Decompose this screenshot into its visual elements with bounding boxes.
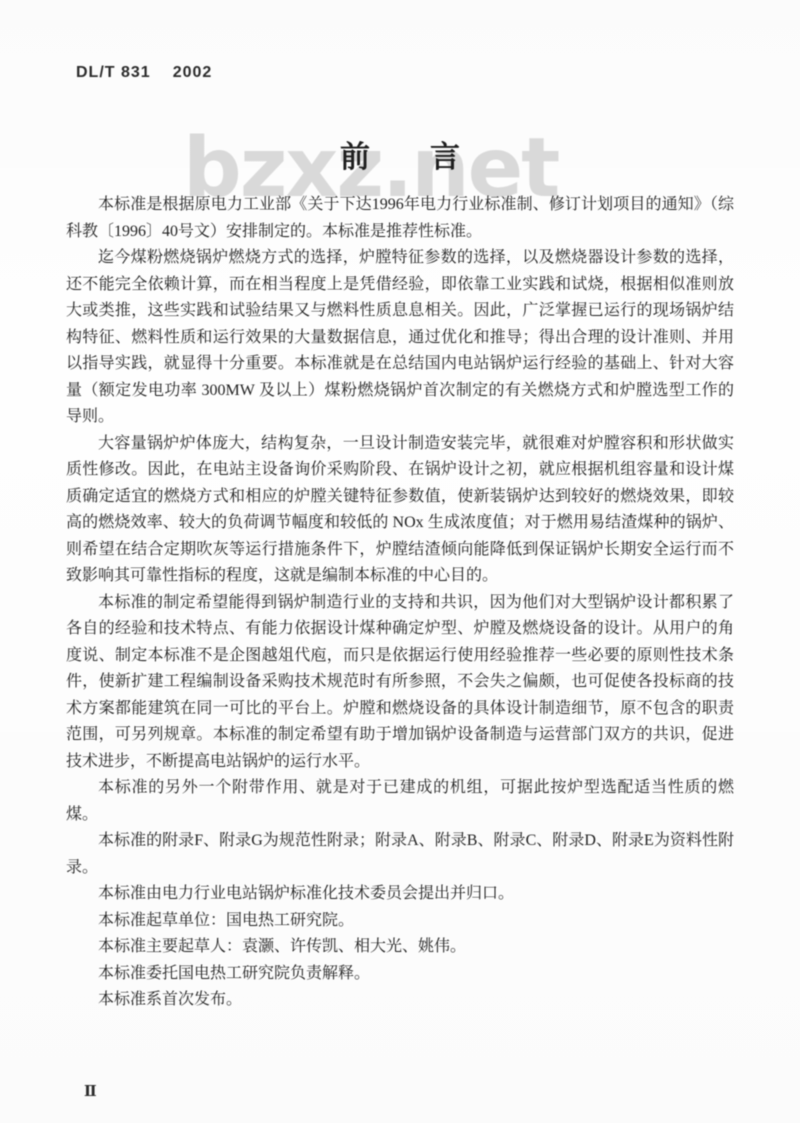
foreword-paragraph: 本标准的另外一个附带作用、就是对于已建成的机组，可据此按炉型选配适当性质的燃煤。: [66, 775, 734, 828]
foreword-paragraph: 本标准由电力行业电站锅炉标准化技术委员会提出并归口。: [66, 881, 734, 908]
page-number: Ⅱ: [84, 1082, 97, 1101]
foreword-paragraph: 本标准起草单位：国电热工研究院。: [66, 908, 734, 935]
foreword-paragraph: 本标准的附录F、附录G为规范性附录；附录A、附录B、附录C、附录D、附录E为资料…: [66, 828, 734, 881]
foreword-paragraph: 本标准是根据原电力工业部《关于下达1996年电力行业标准制、修订计划项目的通知》…: [66, 192, 734, 245]
standard-number: DL/T 8312002: [76, 64, 212, 82]
standard-code: DL/T 831: [76, 64, 151, 81]
foreword-paragraph: 本标准系首次发布。: [66, 987, 734, 1014]
foreword-body: 本标准是根据原电力工业部《关于下达1996年电力行业标准制、修订计划项目的通知》…: [66, 192, 734, 1014]
foreword-paragraph: 本标准委托国电热工研究院负责解释。: [66, 961, 734, 988]
page-title: 前 言: [0, 132, 800, 176]
scanned-document-page: DL/T 8312002 bzxz.net 前 言 本标准是根据原电力工业部《关…: [0, 0, 800, 1123]
foreword-paragraph: 本标准主要起草人：袁灏、许传凯、相大光、姚伟。: [66, 934, 734, 961]
foreword-paragraph: 迄今煤粉燃烧锅炉燃烧方式的选择，炉膛特征参数的选择，以及燃烧器设计参数的选择，还…: [66, 245, 734, 431]
standard-year: 2002: [173, 64, 213, 81]
foreword-paragraph: 大容量锅炉炉体庞大，结构复杂，一旦设计制造安装完毕，就很难对炉膛容积和形状做实质…: [66, 431, 734, 590]
foreword-paragraph: 本标准的制定希望能得到锅炉制造行业的支持和共识，因为他们对大型锅炉设计都积累了各…: [66, 590, 734, 776]
